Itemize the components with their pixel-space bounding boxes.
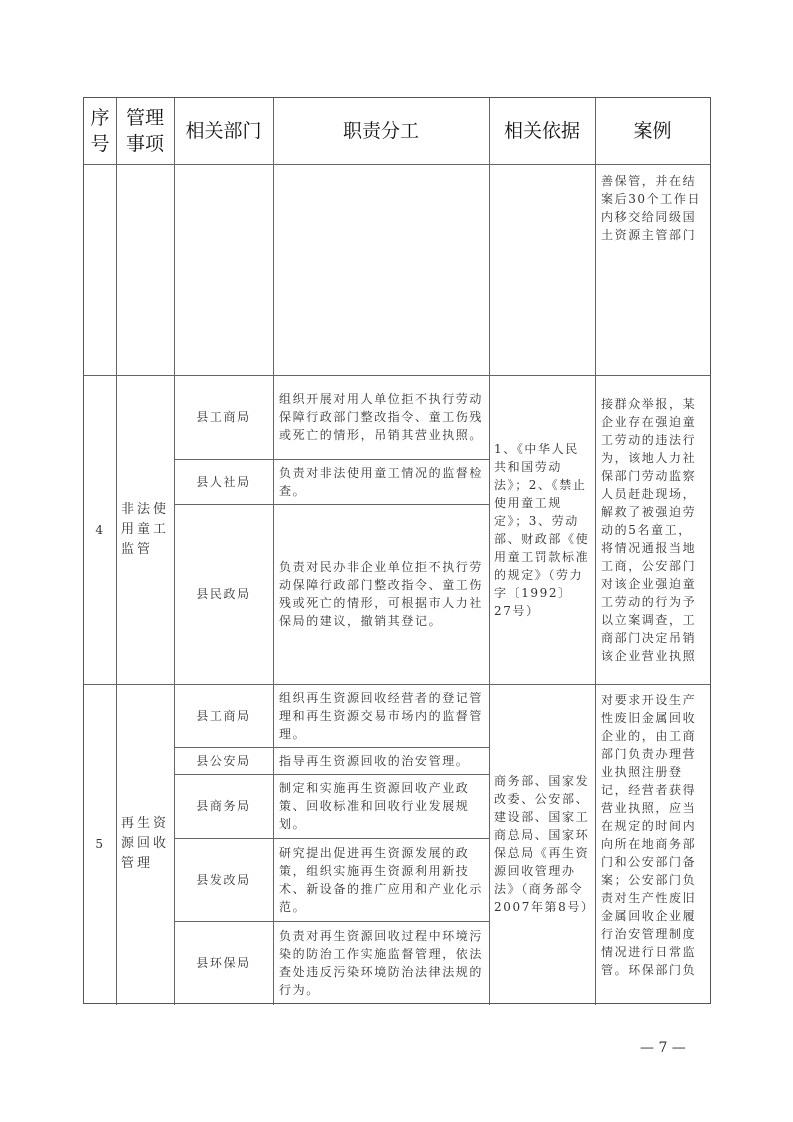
- header-dept: 相关部门: [174, 98, 273, 164]
- row4-item: 非法使用童工监管: [116, 375, 174, 684]
- row5-seq: 5: [84, 684, 116, 1004]
- row5-case: 对要求开设生产性废旧金属回收企业的，由工商部门负责办理营业执照注册登记，经营者获…: [595, 684, 710, 1004]
- row4-dept-1: 县人社局: [174, 459, 273, 504]
- duty-text: 负责对非法使用童工情况的监督检查。: [279, 464, 483, 500]
- case-text: 接群众举报，某企业存在强迫童工劳动的违法行为，该地人力社保部门劳动监察人员赶赴现…: [601, 395, 704, 665]
- header-duty-label: 职责分工: [343, 118, 419, 144]
- responsibility-table: 序号 管理事项 相关部门 职责分工 相关依据 案例 善保管，并在结案后30个工作…: [83, 97, 711, 1004]
- row4-duty-1: 负责对非法使用童工情况的监督检查。: [273, 459, 489, 504]
- duty-text: 研究提出促进再生资源发展的政策，组织实施再生资源利用新技术、新设备的推广应用和产…: [279, 844, 483, 916]
- row5-duty-2: 制定和实施再生资源回收产业政策、回收标准和回收行业发展规划。: [273, 774, 489, 838]
- row5-duty-3: 研究提出促进再生资源发展的政策，组织实施再生资源利用新技术、新设备的推广应用和产…: [273, 838, 489, 921]
- row5-dept-2: 县商务局: [174, 774, 273, 838]
- duty-text: 指导再生资源回收的治安管理。: [279, 752, 469, 770]
- header-case-label: 案例: [633, 118, 671, 144]
- duty-text: 组织再生资源回收经营者的登记管理和再生资源交易市场内的监督管理。: [279, 689, 483, 743]
- row5-dept-1: 县公安局: [174, 747, 273, 774]
- row4-case: 接群众举报，某企业存在强迫童工劳动的违法行为，该地人力社保部门劳动监察人员赶赴现…: [595, 375, 710, 684]
- row5-basis: 商务部、国家发改委、公安部、建设部、国家工商总局、国家环保总局《再生资源回收管理…: [489, 684, 595, 1004]
- row4-dept-0: 县工商局: [174, 375, 273, 459]
- basis-text: 商务部、国家发改委、公安部、建设部、国家工商总局、国家环保总局《再生资源回收管理…: [494, 772, 590, 916]
- page-number: — 7 —: [640, 1040, 686, 1056]
- row5-duty-4: 负责对再生资源回收过程中环境污染的防治工作实施监督管理，依法查处违反污染环境防治…: [273, 921, 489, 1004]
- row4-seq: 4: [84, 375, 116, 684]
- duty-text: 制定和实施再生资源回收产业政策、回收标准和回收行业发展规划。: [279, 779, 483, 833]
- dept-name: 县人社局: [196, 473, 250, 491]
- row5-dept-4: 县环保局: [174, 921, 273, 1004]
- basis-text: 1、《中华人民共和国劳动法》；2、《禁止使用童工规定》；3、劳动部、财政部《使用…: [494, 440, 590, 620]
- row5-item-value: 再生资源回收管理: [121, 814, 169, 874]
- dept-name: 县商务局: [196, 797, 250, 815]
- header-seq-label: 序号: [88, 105, 112, 157]
- row4-seq-value: 4: [95, 521, 104, 539]
- row5-dept-3: 县发改局: [174, 838, 273, 921]
- dept-name: 县工商局: [196, 408, 250, 426]
- dept-name: 县工商局: [196, 707, 250, 725]
- row5-duty-1: 指导再生资源回收的治安管理。: [273, 747, 489, 774]
- row4-dept-2: 县民政局: [174, 504, 273, 684]
- header-basis-label: 相关依据: [504, 118, 580, 144]
- duty-text: 负责对再生资源回收过程中环境污染的防治工作实施监督管理，依法查处违反污染环境防治…: [279, 927, 483, 999]
- case-text: 对要求开设生产性废旧金属回收企业的，由工商部门负责办理营业执照注册登记，经营者获…: [601, 691, 704, 979]
- duty-text: 组织开展对用人单位拒不执行劳动保障行政部门整改指令、童工伤残或死亡的情形，吊销其…: [279, 390, 483, 444]
- header-dept-label: 相关部门: [185, 118, 261, 144]
- dept-name: 县环保局: [196, 954, 250, 972]
- row4-duty-0: 组织开展对用人单位拒不执行劳动保障行政部门整改指令、童工伤残或死亡的情形，吊销其…: [273, 375, 489, 459]
- header-case: 案例: [595, 98, 710, 164]
- header-duty: 职责分工: [273, 98, 489, 164]
- header-basis: 相关依据: [489, 98, 595, 164]
- duty-text: 负责对民办非企业单位拒不执行劳动保障行政部门整改指令、童工伤残或死亡的情形，可根…: [279, 558, 483, 630]
- case-continued-text: 善保管，并在结案后30个工作日内移交给同级国土资源主管部门: [601, 172, 704, 244]
- header-seq: 序号: [84, 98, 116, 164]
- row5-item: 再生资源回收管理: [116, 684, 174, 1004]
- dept-name: 县民政局: [196, 585, 250, 603]
- row5-duty-0: 组织再生资源回收经营者的登记管理和再生资源交易市场内的监督管理。: [273, 684, 489, 747]
- row4-item-value: 非法使用童工监管: [121, 500, 169, 560]
- header-item: 管理事项: [116, 98, 174, 164]
- dept-name: 县公安局: [196, 752, 250, 770]
- row4-basis: 1、《中华人民共和国劳动法》；2、《禁止使用童工规定》；3、劳动部、财政部《使用…: [489, 375, 595, 684]
- row5-seq-value: 5: [95, 835, 104, 853]
- dept-name: 县发改局: [196, 871, 250, 889]
- row4-duty-2: 负责对民办非企业单位拒不执行劳动保障行政部门整改指令、童工伤残或死亡的情形，可根…: [273, 504, 489, 684]
- header-item-label: 管理事项: [120, 105, 170, 157]
- row5-dept-0: 县工商局: [174, 684, 273, 747]
- case-continued: 善保管，并在结案后30个工作日内移交给同级国土资源主管部门: [595, 164, 710, 375]
